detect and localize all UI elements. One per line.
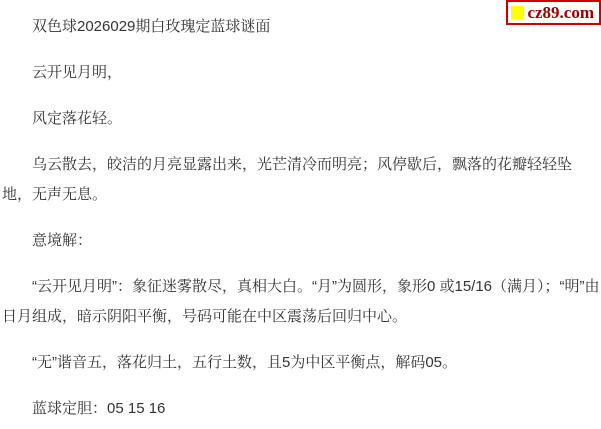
site-logo-text: cz89.com — [527, 4, 594, 21]
poem-line-1: 云开见月明， — [2, 58, 601, 88]
poem-line-2: 风定落花轻。 — [2, 104, 601, 134]
poem-paraphrase: 乌云散去，皎洁的月亮显露出来，光芒清冷而明亮；风停歇后，飘落的花瓣轻轻坠地，无声… — [2, 150, 601, 210]
site-logo[interactable]: cz89.com — [506, 0, 601, 25]
blue-ball-picks: 蓝球定胆：05 15 16 — [2, 394, 601, 424]
interpretation-moon: “云开见月明”：象征迷雾散尽，真相大白。“月”为圆形，象形0 或15/16（满月… — [2, 272, 601, 332]
article: 双色球2026029期白玫瑰定蓝球谜面 云开见月明， 风定落花轻。 乌云散去，皎… — [0, 12, 601, 424]
yellow-square-icon — [511, 6, 524, 19]
interpretation-wu: “无”谐音五，落花归土，五行土数，且5为中区平衡点，解码05。 — [2, 348, 601, 378]
section-label-interpretation: 意境解： — [2, 226, 601, 256]
